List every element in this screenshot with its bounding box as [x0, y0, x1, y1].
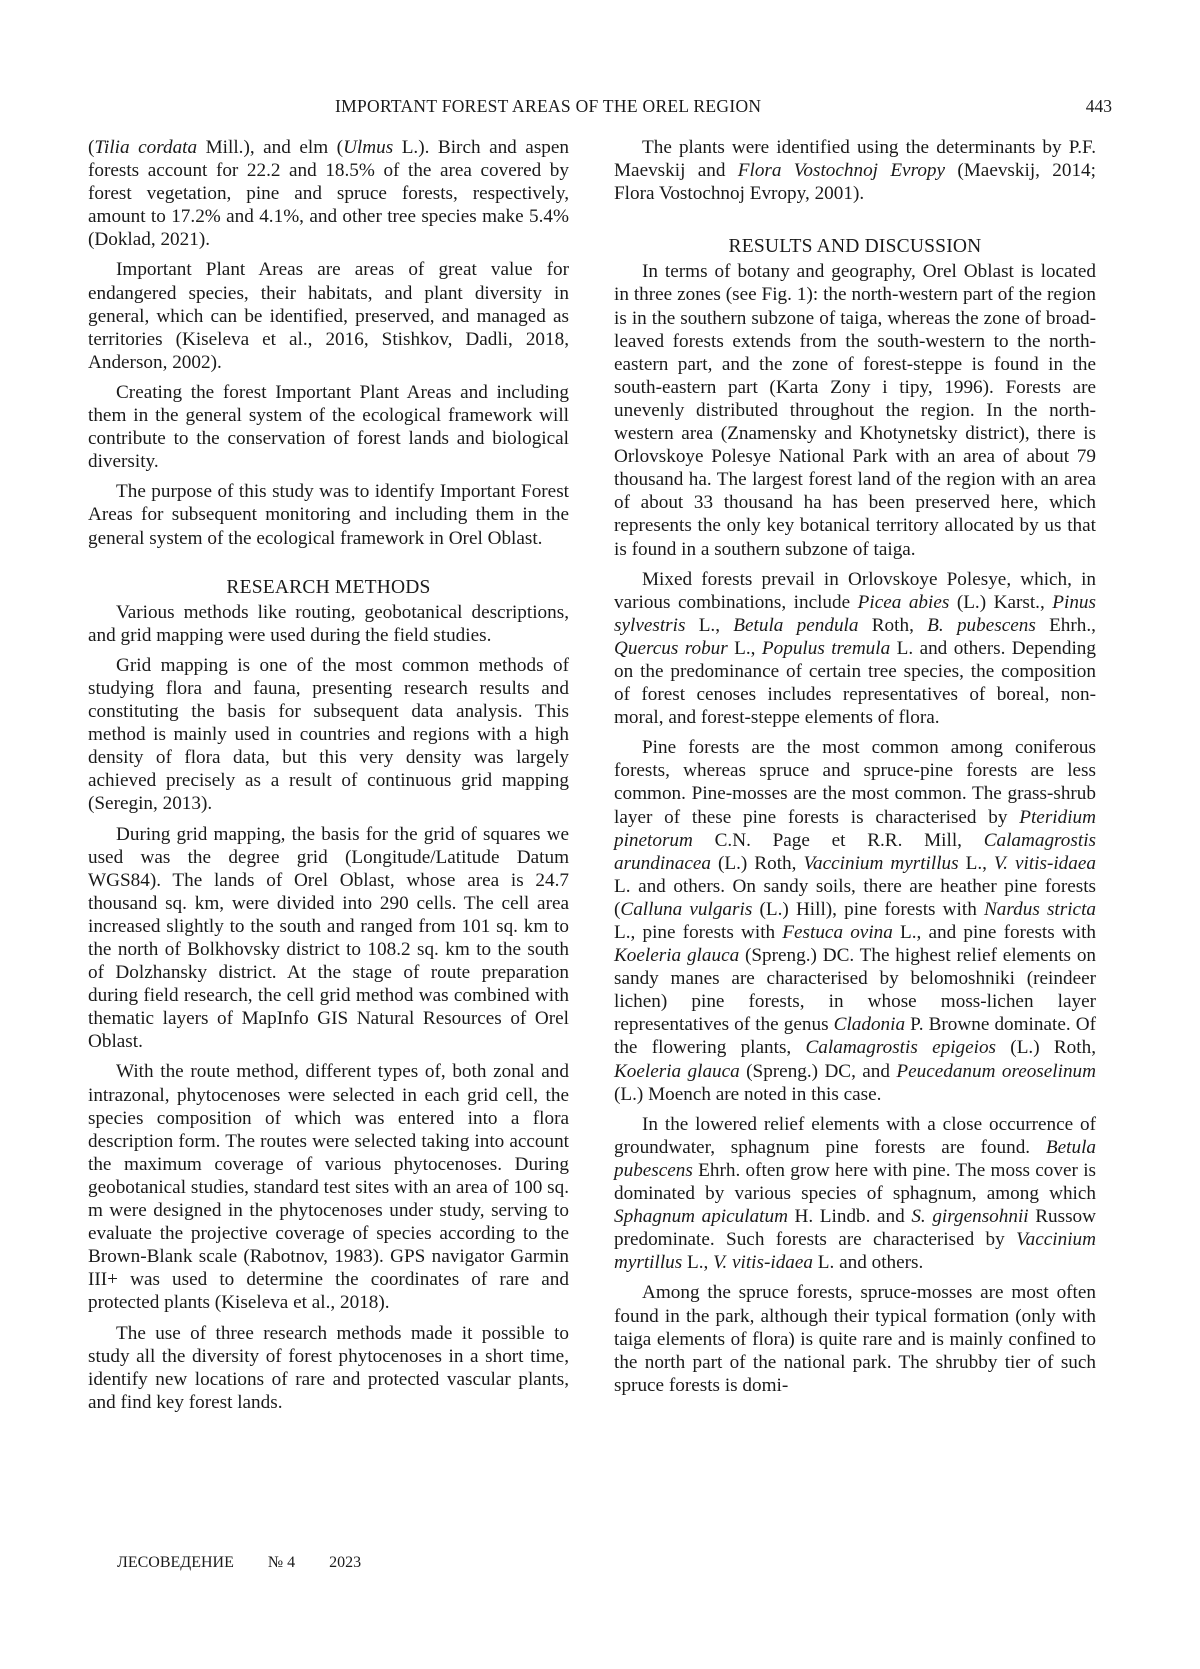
paragraph: The plants were identified using the det…: [614, 136, 1096, 205]
paragraph: Pine forests are the most common among c…: [614, 736, 1096, 1106]
left-column: (Tilia cordata Mill.), and elm (Ulmus L.…: [88, 136, 569, 1421]
paragraph: With the route method, different types o…: [88, 1060, 569, 1314]
running-title: IMPORTANT FOREST AREAS OF THE OREL REGIO…: [335, 96, 761, 117]
page-number: 443: [1086, 96, 1112, 117]
paragraph: During grid mapping, the basis for the g…: [88, 823, 569, 1054]
journal-name: ЛЕСОВЕДЕНИЕ: [117, 1554, 234, 1571]
section-heading-research-methods: RESEARCH METHODS: [88, 576, 569, 599]
paragraph: Among the spruce forests, spruce-mosses …: [614, 1281, 1096, 1396]
paragraph: Creating the forest Important Plant Area…: [88, 381, 569, 473]
section-heading-results-and-discussion: RESULTS AND DISCUSSION: [614, 235, 1096, 258]
paragraph: In the lowered relief elements with a cl…: [614, 1113, 1096, 1275]
paragraph: Grid mapping is one of the most common m…: [88, 654, 569, 816]
paragraph: The use of three research methods made i…: [88, 1322, 569, 1414]
paragraph: The purpose of this study was to identif…: [88, 480, 569, 549]
page-footer: ЛЕСОВЕДЕНИЕ № 4 2023: [117, 1554, 391, 1572]
right-column: The plants were identified using the det…: [614, 136, 1096, 1404]
paragraph: (Tilia cordata Mill.), and elm (Ulmus L.…: [88, 136, 569, 251]
paragraph: Important Plant Areas are areas of great…: [88, 258, 569, 373]
paragraph: Various methods like routing, geobotanic…: [88, 601, 569, 647]
journal-year: 2023: [329, 1554, 361, 1571]
paragraph: Mixed forests prevail in Orlovskoye Pole…: [614, 568, 1096, 730]
paragraph: In terms of botany and geography, Orel O…: [614, 260, 1096, 560]
journal-issue: № 4: [268, 1554, 295, 1571]
page-header: IMPORTANT FOREST AREAS OF THE OREL REGIO…: [0, 96, 1200, 120]
